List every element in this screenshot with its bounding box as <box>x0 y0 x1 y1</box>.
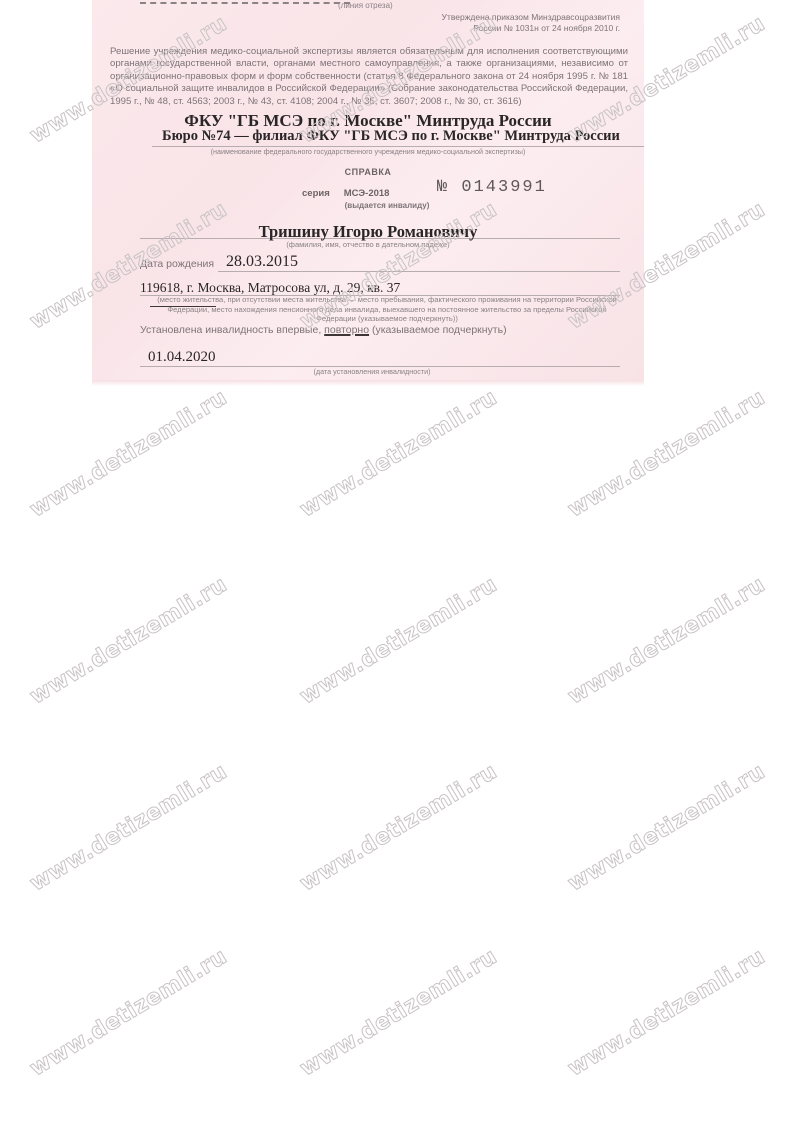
watermark: www.detizemli.ru <box>557 381 778 530</box>
established-date-hint: (дата установления инвалидности) <box>92 367 652 376</box>
cut-line <box>140 2 350 4</box>
established-prefix: Установлена инвалидность впервые, <box>140 324 321 336</box>
watermark: www.detizemli.ru <box>19 940 240 1089</box>
address-hint: (место жительства, при отсутствии места … <box>152 295 622 324</box>
watermark: www.detizemli.ru <box>289 568 510 717</box>
birth-date-label: Дата рождения <box>140 258 214 270</box>
established-suffix: (указываемое подчеркнуть) <box>372 324 507 336</box>
decision-paragraph: Решение учреждения медико-социальной экс… <box>110 46 628 108</box>
watermark: www.detizemli.ru <box>19 755 240 904</box>
disability-certificate: (линия отреза) Утверждена приказом Минзд… <box>92 0 644 386</box>
recipient-name: Тришину Игорю Романовичу <box>92 222 644 242</box>
birth-date-line <box>218 271 620 272</box>
watermark: www.detizemli.ru <box>289 940 510 1089</box>
cut-line-label: (линия отреза) <box>338 1 393 10</box>
organization-hint: (наименование федерального государственн… <box>92 147 644 156</box>
bureau-name: Бюро №74 — филиал ФКУ "ГБ МСЭ по г. Моск… <box>152 128 644 147</box>
approval-note: Утверждена приказом Минздравсоцразвития … <box>442 12 620 34</box>
document-title: СПРАВКА <box>92 167 644 177</box>
watermark: www.detizemli.ru <box>19 568 240 717</box>
address-value: 119618, г. Москва, Матросова ул, д. 29, … <box>140 280 400 296</box>
strike-mark <box>150 306 216 307</box>
series-value: МСЭ-2018 <box>344 188 390 199</box>
series-label: серия <box>302 188 330 199</box>
birth-date-value: 28.03.2015 <box>226 253 298 271</box>
issued-to-hint: (выдается инвалиду) <box>92 201 682 210</box>
watermark: www.detizemli.ru <box>557 568 778 717</box>
certificate-number: № 0143991 <box>437 178 547 197</box>
watermark: www.detizemli.ru <box>289 381 510 530</box>
watermark: www.detizemli.ru <box>19 381 240 530</box>
disability-established: Установлена инвалидность впервые, повтор… <box>140 324 507 336</box>
watermark: www.detizemli.ru <box>557 940 778 1089</box>
watermark: www.detizemli.ru <box>557 755 778 904</box>
recipient-name-hint: (фамилия, имя, отчество в дательном паде… <box>92 240 644 249</box>
established-selected: повторно <box>324 324 369 336</box>
watermark: www.detizemli.ru <box>289 755 510 904</box>
established-date-value: 01.04.2020 <box>148 349 216 366</box>
series: серияМСЭ-2018 <box>302 188 389 199</box>
